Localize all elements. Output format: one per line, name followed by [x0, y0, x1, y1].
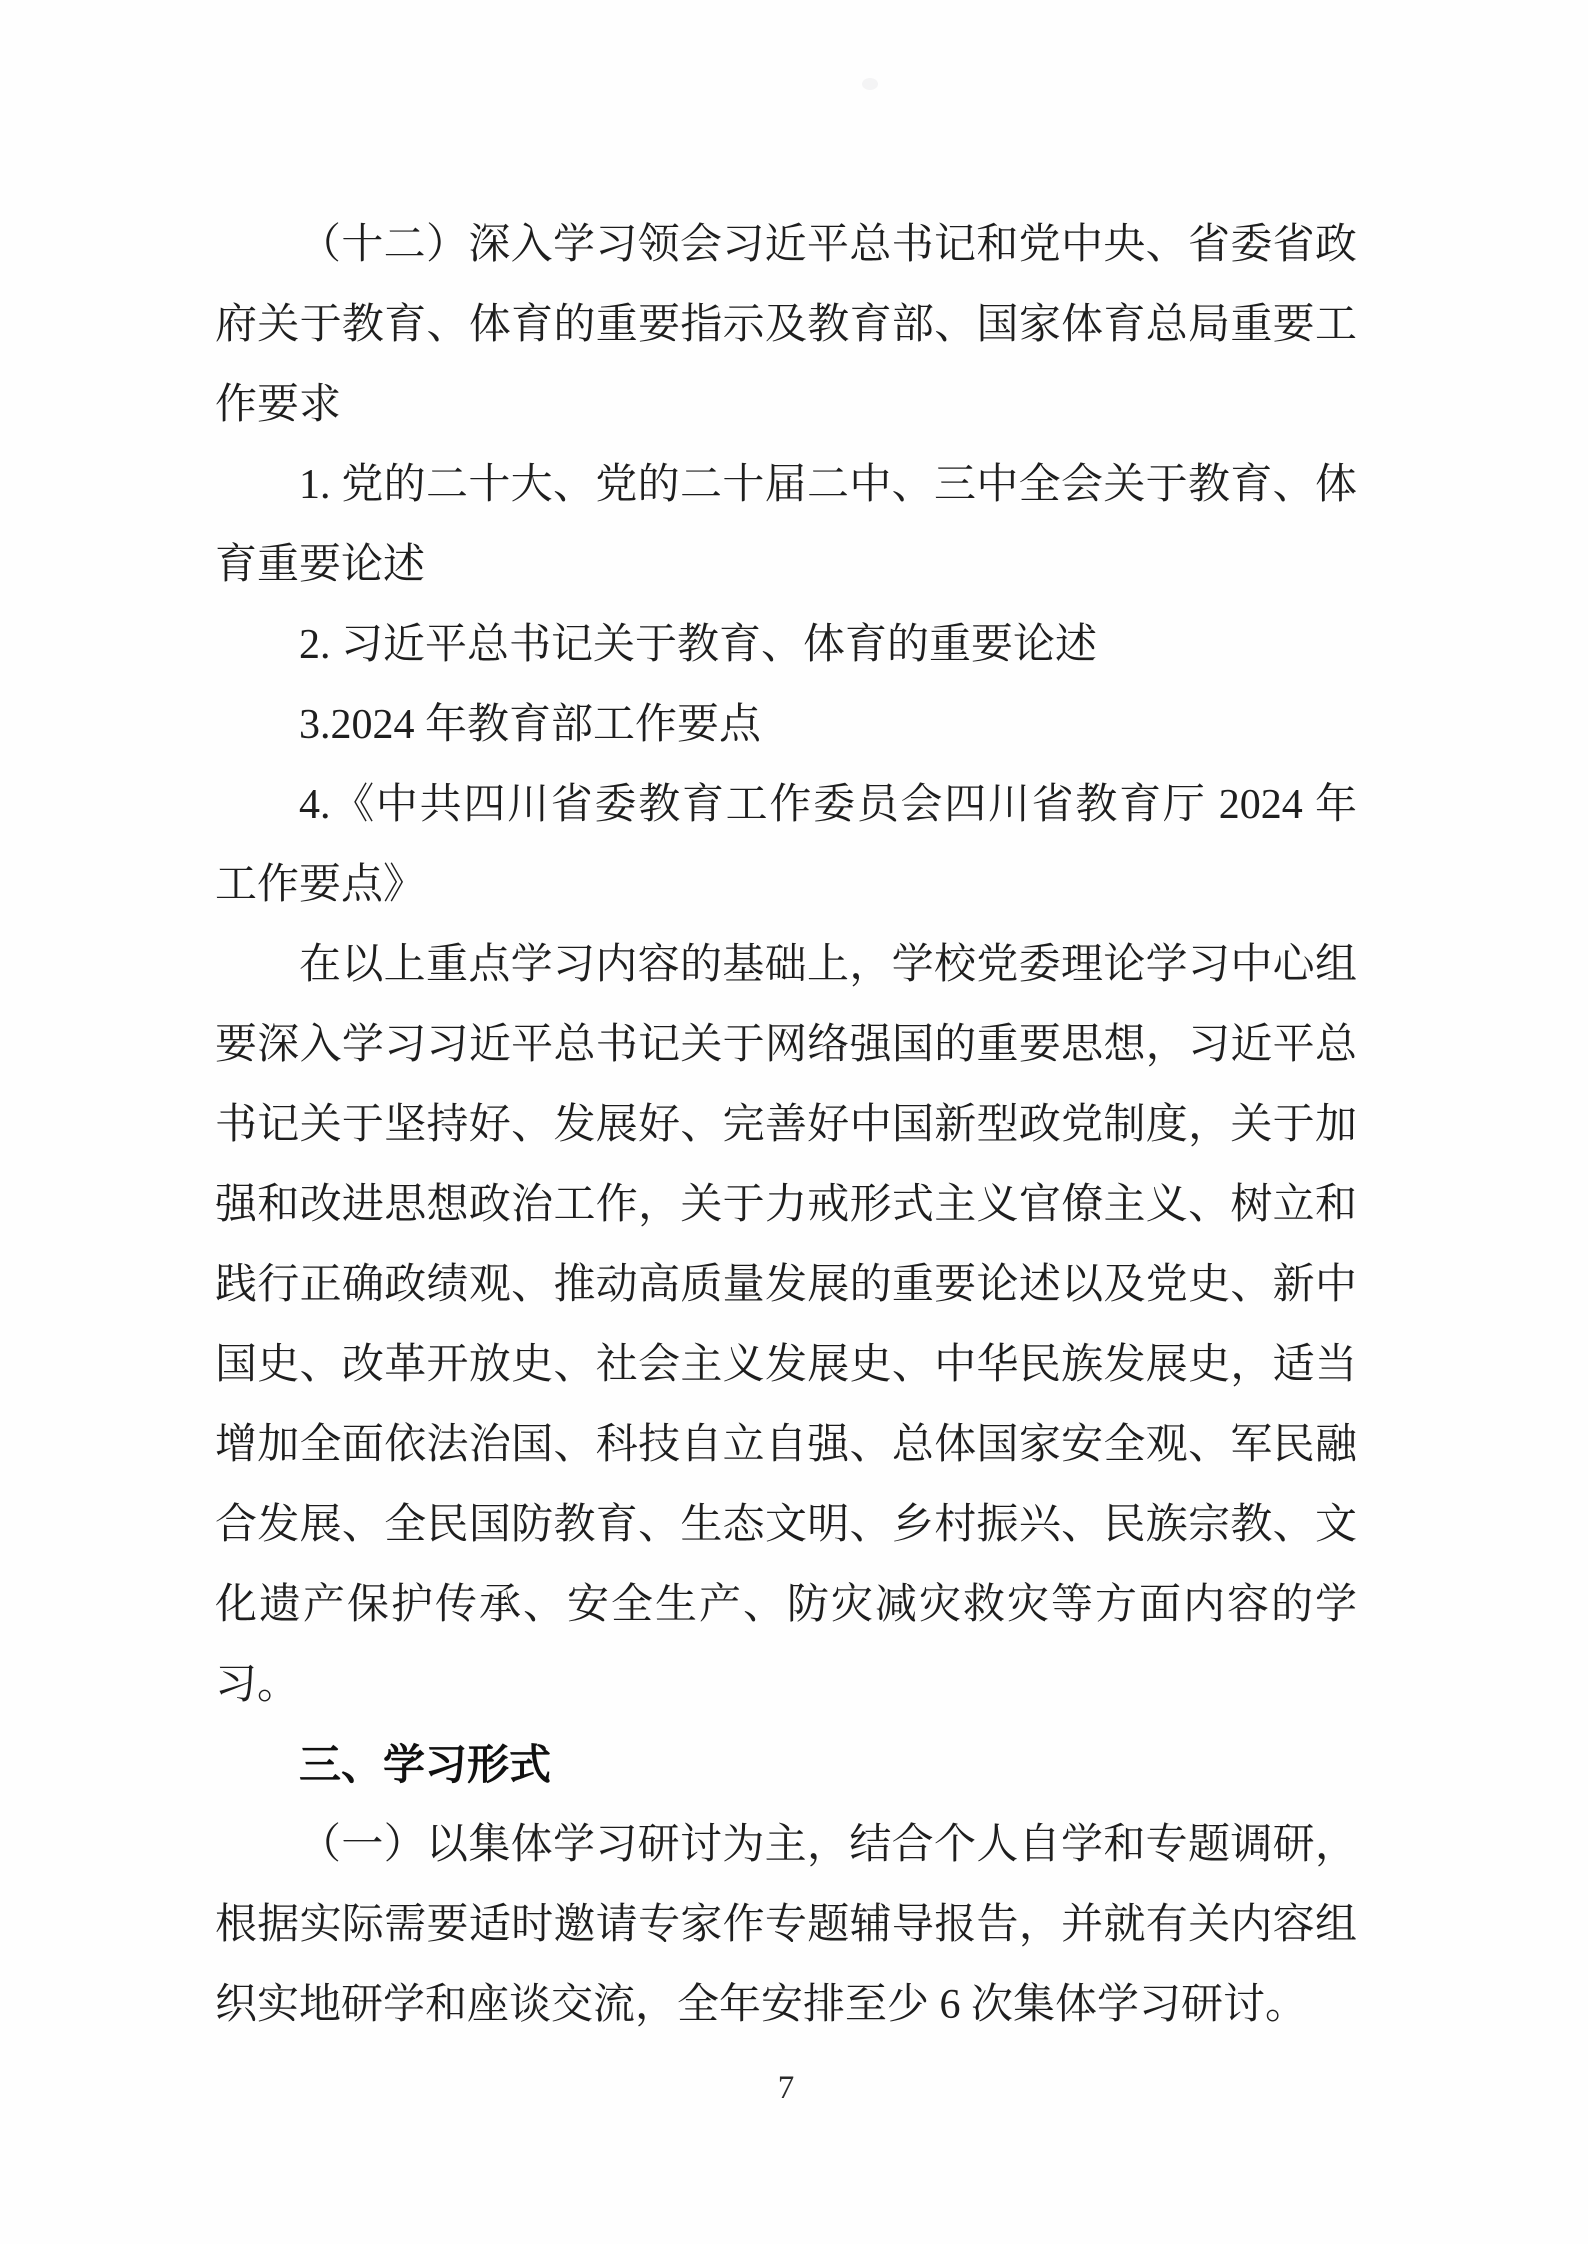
page-footer: 7 — [215, 2070, 1357, 2107]
list-item-1: 1. 党的二十大、党的二十届二中、三中全会关于教育、体育重要论述 — [215, 445, 1357, 605]
document-page: （十二）深入学习领会习近平总书记和党中央、省委省政府关于教育、体育的重要指示及教… — [0, 0, 1588, 2244]
body-paragraph-study-content: 在以上重点学习内容的基础上，学校党委理论学习中心组要深入学习习近平总书记关于网络… — [215, 925, 1357, 1725]
document-body: （十二）深入学习领会习近平总书记和党中央、省委省政府关于教育、体育的重要指示及教… — [215, 205, 1357, 2045]
scan-smudge — [862, 78, 878, 90]
body-paragraph-study-format-1: （一）以集体学习研讨为主，结合个人自学和专题调研，根据实际需要适时邀请专家作专题… — [215, 1805, 1357, 2045]
list-item-2: 2. 习近平总书记关于教育、体育的重要论述 — [215, 605, 1357, 685]
section-subheading-12: （十二）深入学习领会习近平总书记和党中央、省委省政府关于教育、体育的重要指示及教… — [215, 205, 1357, 445]
page-number: 7 — [778, 2070, 795, 2106]
section-heading-study-format: 三、学习形式 — [215, 1725, 1357, 1805]
list-item-3: 3.2024 年教育部工作要点 — [215, 685, 1357, 765]
list-item-4: 4.《中共四川省委教育工作委员会四川省教育厅 2024 年工作要点》 — [215, 765, 1357, 925]
